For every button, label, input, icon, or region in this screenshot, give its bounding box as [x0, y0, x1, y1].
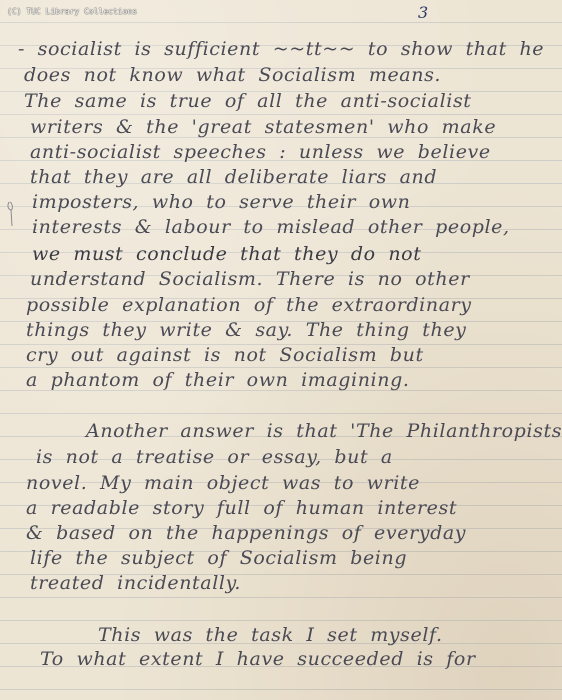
- text-line: we must conclude that they do not: [32, 243, 421, 265]
- text-line: The same is true of all the anti-sociali…: [24, 90, 472, 112]
- text-line: imposters, who to serve their own: [32, 191, 410, 213]
- text-line: cry out against is not Socialism but: [26, 344, 424, 366]
- text-line: interests & labour to mislead other peop…: [32, 216, 510, 238]
- text-line: is not a treatise or essay, but a: [36, 446, 393, 468]
- text-line: - socialist is sufficient ~~tt~~ to show…: [18, 38, 544, 60]
- text-line: novel. My main object was to write: [26, 472, 420, 494]
- text-line: treated incidentally.: [30, 572, 241, 594]
- text-line: This was the task I set myself.: [98, 624, 443, 646]
- text-line: anti-socialist speeches : unless we beli…: [30, 141, 491, 163]
- text-line: a phantom of their own imagining.: [26, 369, 409, 391]
- copyright-watermark: (C) TUC Library Collections: [7, 7, 137, 16]
- text-line: that they are all deliberate liars and: [30, 166, 437, 188]
- manuscript-page: (C) TUC Library Collections 3 - socialis…: [0, 0, 562, 700]
- text-line: does not know what Socialism means.: [24, 64, 441, 86]
- text-line: To what extent I have succeeded is for: [40, 648, 476, 670]
- text-line: understand Socialism. There is no other: [30, 268, 470, 290]
- text-line: things they write & say. The thing they: [26, 319, 467, 341]
- text-line: life the subject of Socialism being: [30, 547, 407, 569]
- page-number: 3: [418, 3, 428, 22]
- margin-bracket-mark: [6, 200, 16, 228]
- text-line: a readable story full of human interest: [26, 497, 457, 519]
- text-line: Another answer is that 'The Philanthropi…: [86, 420, 562, 442]
- text-line: & based on the happenings of everyday: [26, 522, 466, 544]
- text-line: possible explanation of the extraordinar…: [26, 294, 472, 316]
- text-line: writers & the 'great statesmen' who make: [30, 116, 496, 138]
